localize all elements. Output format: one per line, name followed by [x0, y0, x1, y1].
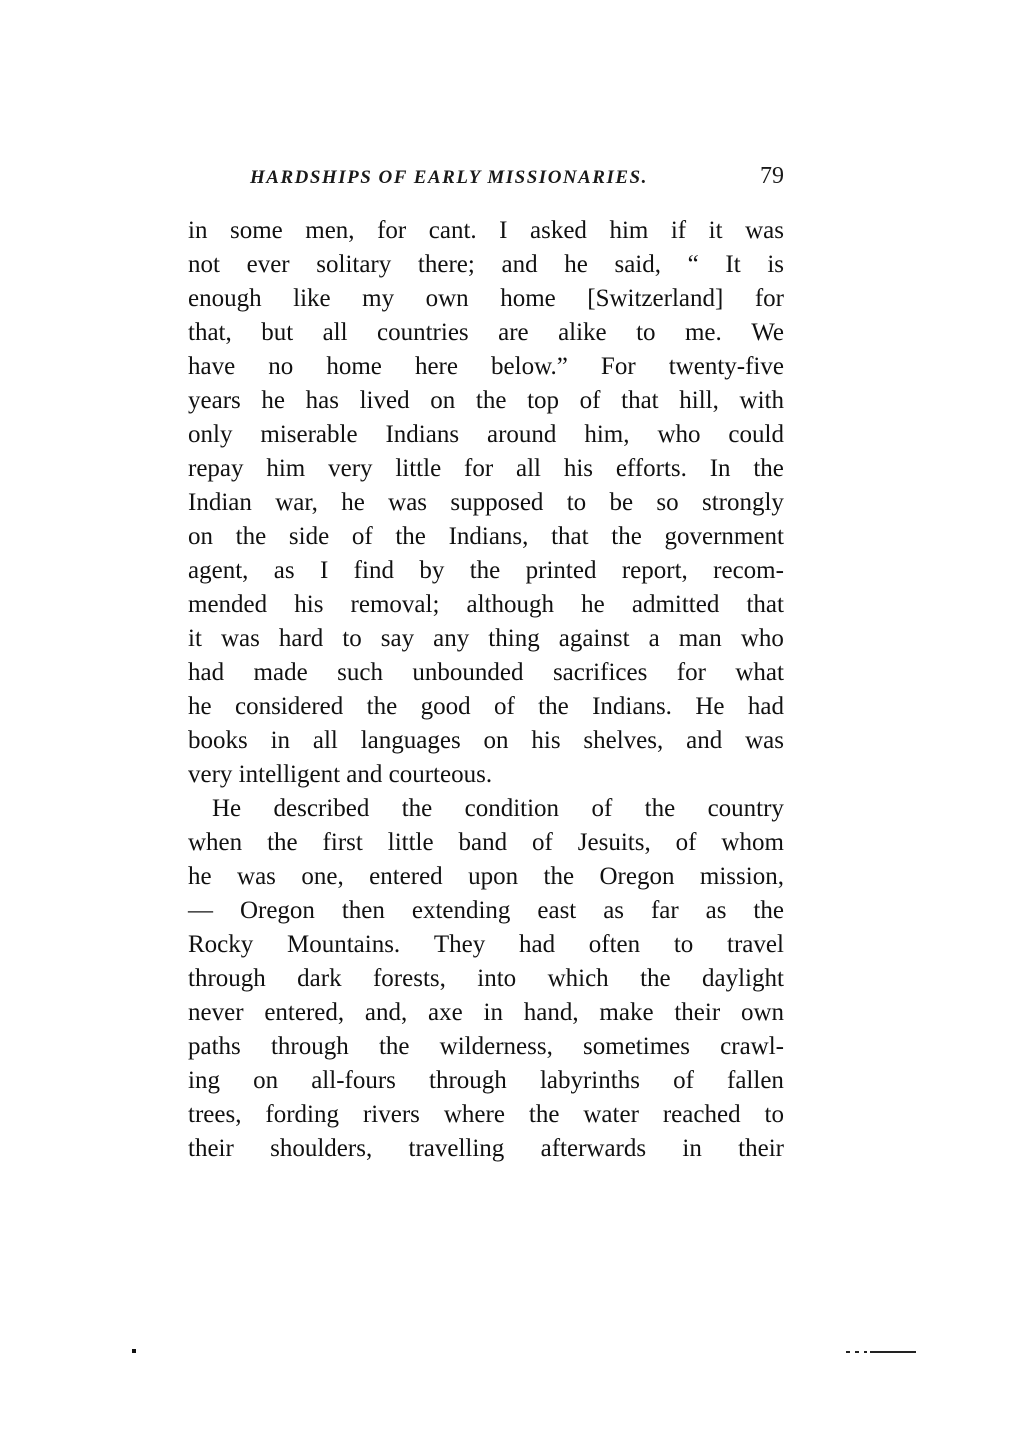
scan-speck: [132, 1349, 136, 1353]
footer-rule: [846, 1351, 916, 1353]
text-line: booksinalllanguagesonhisshelves,andwas: [188, 724, 784, 758]
text-line: mendedhisremoval;althoughheadmittedthat: [188, 588, 784, 622]
text-line: Indianwar,hewassupposedtobesostrongly: [188, 486, 784, 520]
page-number: 79: [760, 163, 784, 190]
text-line: very intelligent and courteous.: [188, 758, 784, 792]
running-title: HARDSHIPS OF EARLY MISSIONARIES.: [250, 167, 648, 189]
text-line: agent,asIfindbytheprintedreport,recom-: [188, 554, 784, 588]
text-line: Hedescribedtheconditionofthecountry: [188, 792, 784, 826]
text-line: heconsideredthegoodoftheIndians.Hehad: [188, 690, 784, 724]
text-line: hadmadesuchunboundedsacrificesforwhat: [188, 656, 784, 690]
text-line: yearshehaslivedonthetopofthathill,with: [188, 384, 784, 418]
body-text: insomemen,forcant.Iaskedhimifitwasnoteve…: [188, 214, 784, 1166]
text-line: havenohomeherebelow.”Fortwenty-five: [188, 350, 784, 384]
text-line: neverentered,and,axeinhand,maketheirown: [188, 996, 784, 1030]
text-line: whenthefirstlittlebandofJesuits,ofwhom: [188, 826, 784, 860]
text-line: itwashardtosayanythingagainstamanwho: [188, 622, 784, 656]
text-line: insomemen,forcant.Iaskedhimifitwas: [188, 214, 784, 248]
text-line: hewasone,enteredupontheOregonmission,: [188, 860, 784, 894]
text-line: enoughlikemyownhome[Switzerland]for: [188, 282, 784, 316]
text-line: pathsthroughthewilderness,sometimescrawl…: [188, 1030, 784, 1064]
text-line: onthesideoftheIndians,thatthegovernment: [188, 520, 784, 554]
text-line: ingonall-foursthroughlabyrinthsoffallen: [188, 1064, 784, 1098]
text-line: theirshoulders,travellingafterwardsinthe…: [188, 1132, 784, 1166]
text-line: RockyMountains.Theyhadoftentotravel: [188, 928, 784, 962]
text-line: onlymiserableIndiansaroundhim,whocould: [188, 418, 784, 452]
text-line: repayhimverylittleforallhisefforts.Inthe: [188, 452, 784, 486]
text-line: that,butallcountriesarealiketome.We: [188, 316, 784, 350]
text-line: throughdarkforests,intowhichthedaylight: [188, 962, 784, 996]
text-line: noteversolitarythere;andhesaid,“Itis: [188, 248, 784, 282]
running-header: HARDSHIPS OF EARLY MISSIONARIES. 79: [250, 163, 784, 197]
text-line: —Oregonthenextendingeastasfarasthe: [188, 894, 784, 928]
text-line: trees,fordingriverswherethewaterreachedt…: [188, 1098, 784, 1132]
